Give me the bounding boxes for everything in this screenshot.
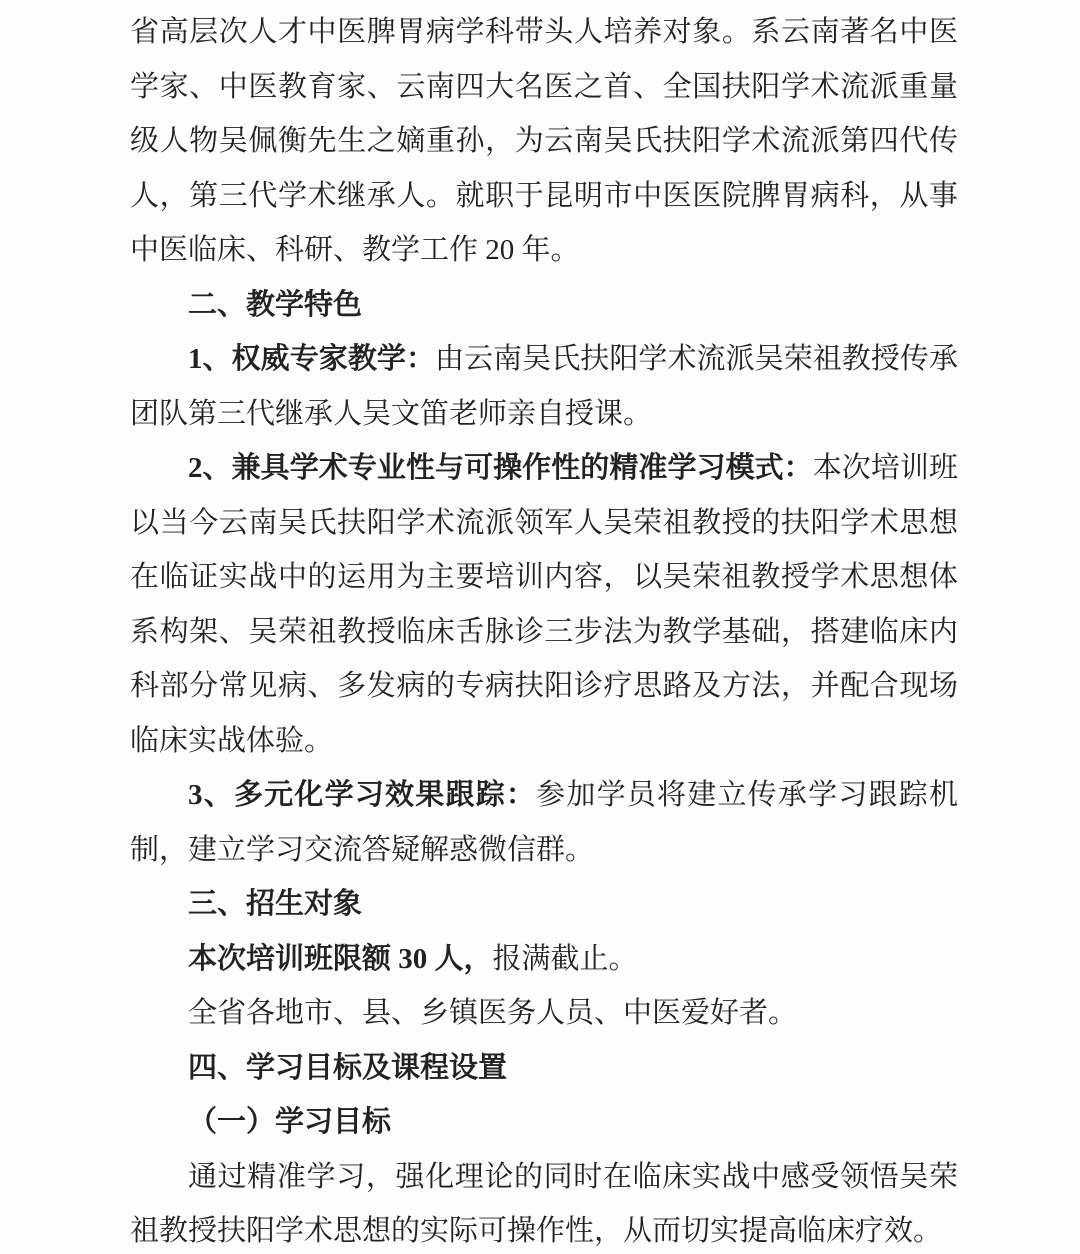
bold-text-run: 本次培训班限额 30 人， [188,943,493,975]
paragraph: 本次培训班限额 30 人，报满截止。 [130,932,958,987]
paragraph: 通过精准学习，强化理论的同时在临床实战中感受领悟吴荣祖教授扶阳学术思想的实际可操… [130,1150,958,1254]
bold-text-run: 三、招生对象 [188,888,362,920]
paragraph: 3、多元化学习效果跟踪：参加学员将建立传承学习跟踪机制，建立学习交流答疑解惑微信… [130,768,958,877]
section-heading: 二、教学特色 [130,278,958,333]
bold-text-run: 2、兼具学术专业性与可操作性的精准学习模式： [188,452,813,484]
section-heading: 四、学习目标及课程设置 [130,1041,958,1096]
text-run: 报满截止。 [493,943,638,975]
document-page: 省高层次人才中医脾胃病学科带头人培养对象。系云南著名中医学家、中医教育家、云南四… [0,0,1080,1254]
text-run: 全省各地市、县、乡镇医务人员、中医爱好者。 [188,997,797,1029]
bold-text-run: 二、教学特色 [188,289,362,321]
paragraph: 1、权威专家教学：由云南吴氏扶阳学术流派吴荣祖教授传承团队第三代继承人吴文笛老师… [130,332,958,441]
section-heading: 三、招生对象 [130,877,958,932]
document-body: 省高层次人才中医脾胃病学科带头人培养对象。系云南著名中医学家、中医教育家、云南四… [130,5,958,1254]
paragraph: 省高层次人才中医脾胃病学科带头人培养对象。系云南著名中医学家、中医教育家、云南四… [130,5,958,278]
bold-text-run: 1、权威专家教学： [188,343,435,375]
paragraph: 2、兼具学术专业性与可操作性的精准学习模式：本次培训班以当今云南吴氏扶阳学术流派… [130,441,958,768]
bold-text-run: （一）学习目标 [188,1106,391,1138]
bold-text-run: 四、学习目标及课程设置 [188,1052,507,1084]
text-run: 本次培训班以当今云南吴氏扶阳学术流派领军人吴荣祖教授的扶阳学术思想在临证实战中的… [130,452,958,757]
bold-text-run: 3、多元化学习效果跟踪： [188,779,536,811]
text-run: 通过精准学习，强化理论的同时在临床实战中感受领悟吴荣祖教授扶阳学术思想的实际可操… [130,1161,958,1248]
text-run: 省高层次人才中医脾胃病学科带头人培养对象。系云南著名中医学家、中医教育家、云南四… [130,16,958,266]
paragraph: 全省各地市、县、乡镇医务人员、中医爱好者。 [130,986,958,1041]
section-heading: （一）学习目标 [130,1095,958,1150]
